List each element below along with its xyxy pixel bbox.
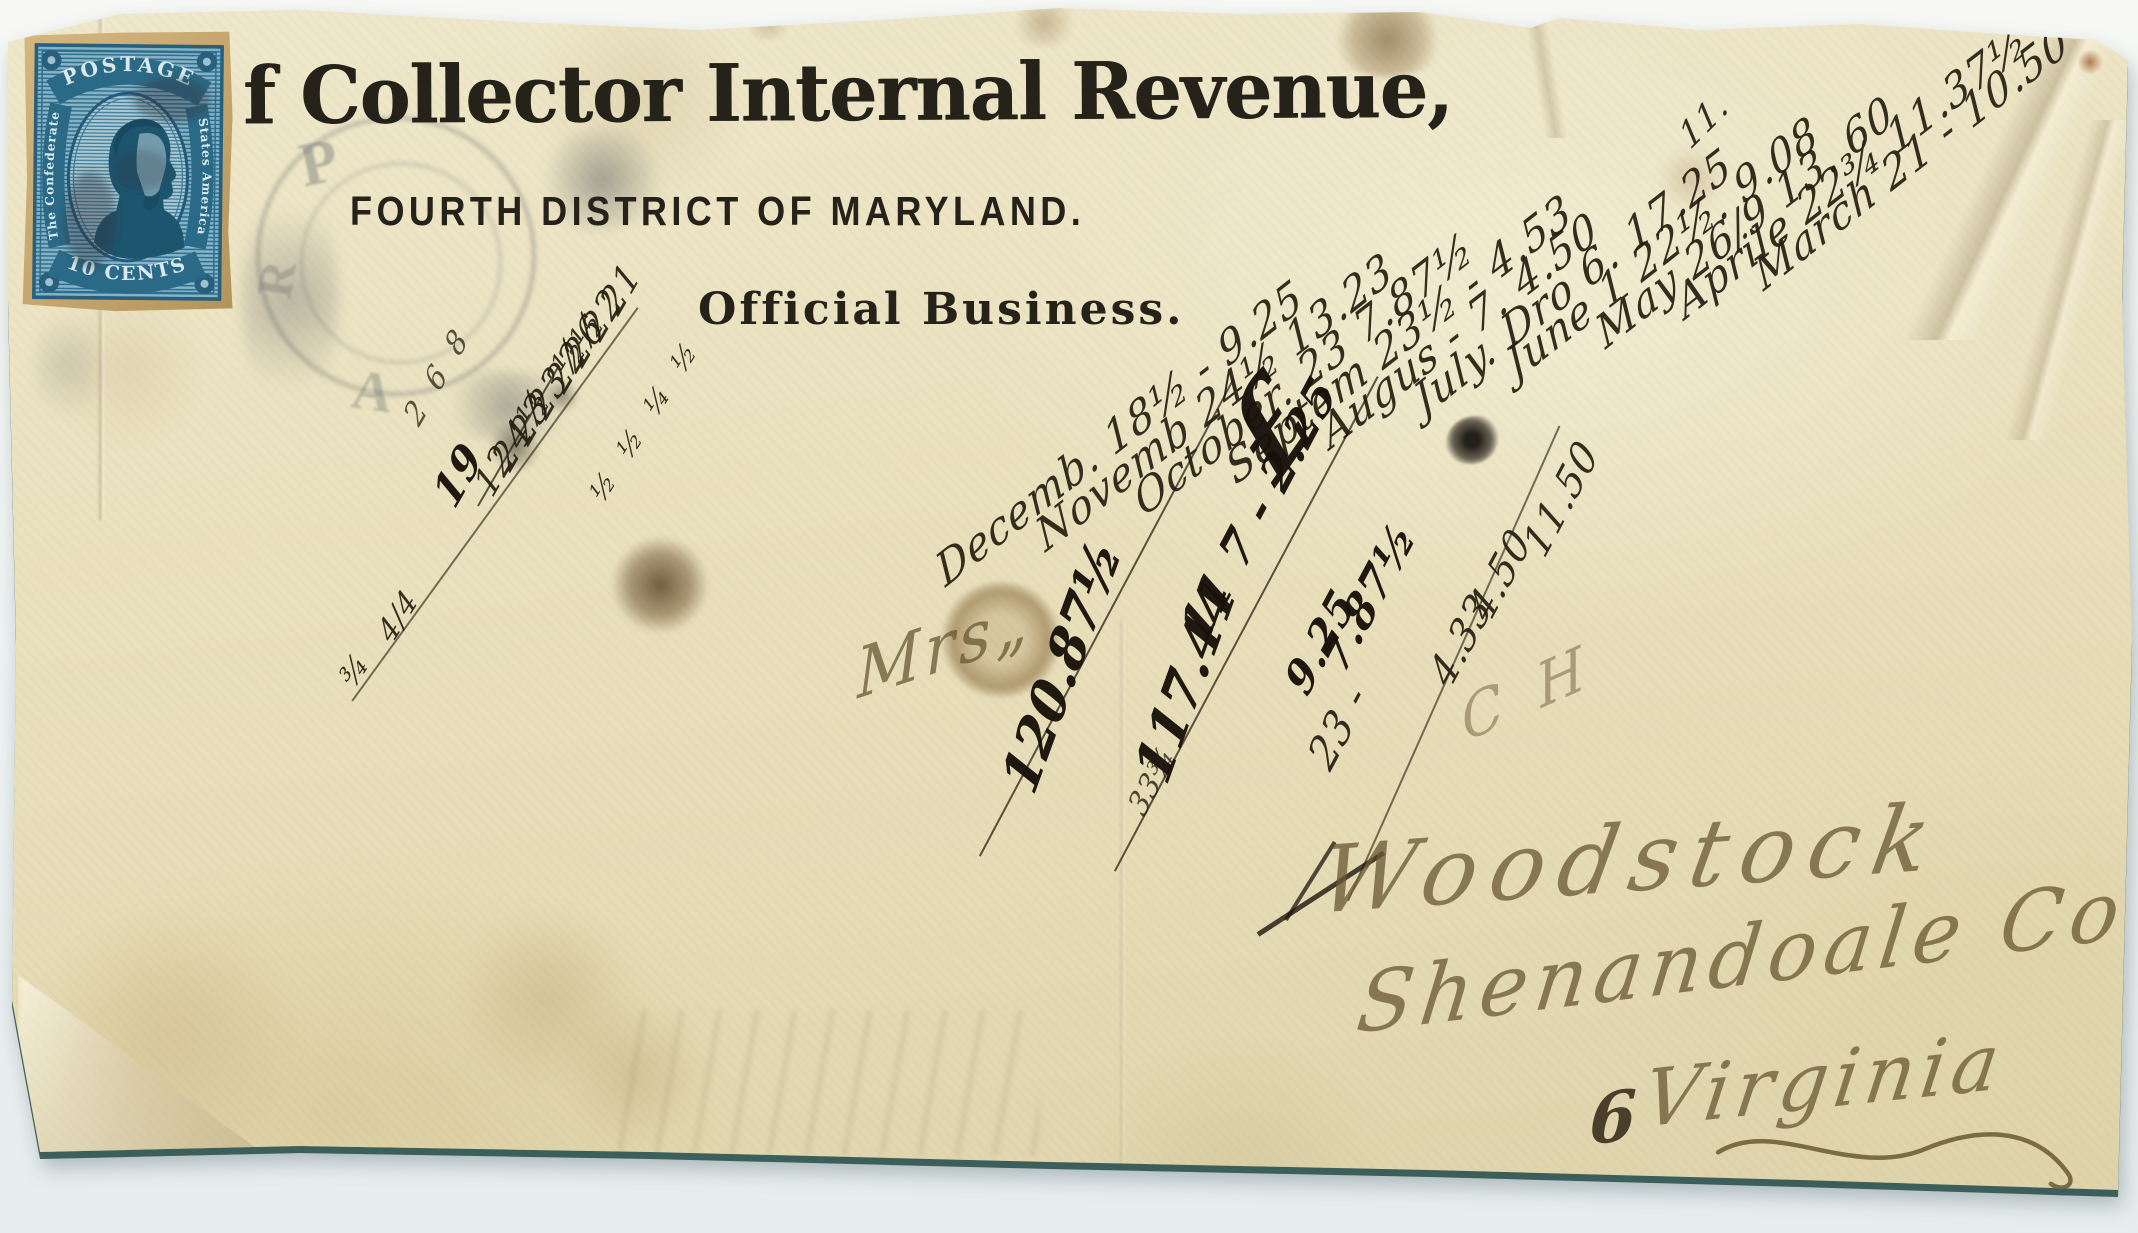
column-ratio-note: 4/4 [372,583,426,650]
docket-note-11: 11. [1673,83,1736,158]
ink-blot-center [1446,416,1498,464]
postage-stamp: POSTAGE 10 CENTS The Confederate States … [19,27,238,315]
scanned-envelope-photo: P A R f Collector Internal Revenue, FOUR… [0,0,2138,1233]
heading-line2: FOURTH DISTRICT OF MARYLAND. [350,188,1085,235]
totals-n1150: 11.50 [1515,432,1608,566]
stain-top-small [1008,0,1080,46]
signature-flourish [1710,1108,2094,1208]
stain-bottom-center-1 [465,895,630,1100]
postmark-letter-a: A [348,357,397,426]
crease-center-bottom [610,1010,1040,1155]
envelope-shadow-wrap: P A R f Collector Internal Revenue, FOUR… [0,0,2138,1233]
stain-top-tiny [742,8,794,40]
totals-sum-117-44: 117.44 [1124,571,1249,793]
crease-center-vertical [1120,620,1125,1180]
totals-sum-120-87: 120.87½ [991,530,1134,803]
heading-line1: f Collector Internal Revenue, [243,43,1453,142]
crease-top-right-2 [1975,120,2138,440]
stain-bottom-center-2 [558,1008,710,1140]
stain-dark-center-left [612,537,708,633]
stain-bottom-left-patch [38,915,303,1150]
stain-rust-speck [2076,50,2104,74]
stamp-art: POSTAGE 10 CENTS The Confederate States … [19,27,238,315]
crease-top-center [1500,8,1590,138]
column-sum-rule [477,367,559,507]
column-sum: 19 [424,433,492,517]
postmark-letter-r: R [244,256,307,302]
pencil-mrs: Mrs„ [855,578,1032,715]
crease-bottom-left-fold [18,975,263,1153]
envelope-paper: P A R f Collector Internal Revenue, FOUR… [0,0,2138,1233]
column-corner-fraction: ¾ [334,646,376,695]
heading-line3: Official Business. [698,284,1184,335]
column-side-note: 2 6 8 [398,318,478,433]
address-mark-6: 6 [1588,1074,1639,1162]
pencil-streak-left-edge [36,298,98,433]
